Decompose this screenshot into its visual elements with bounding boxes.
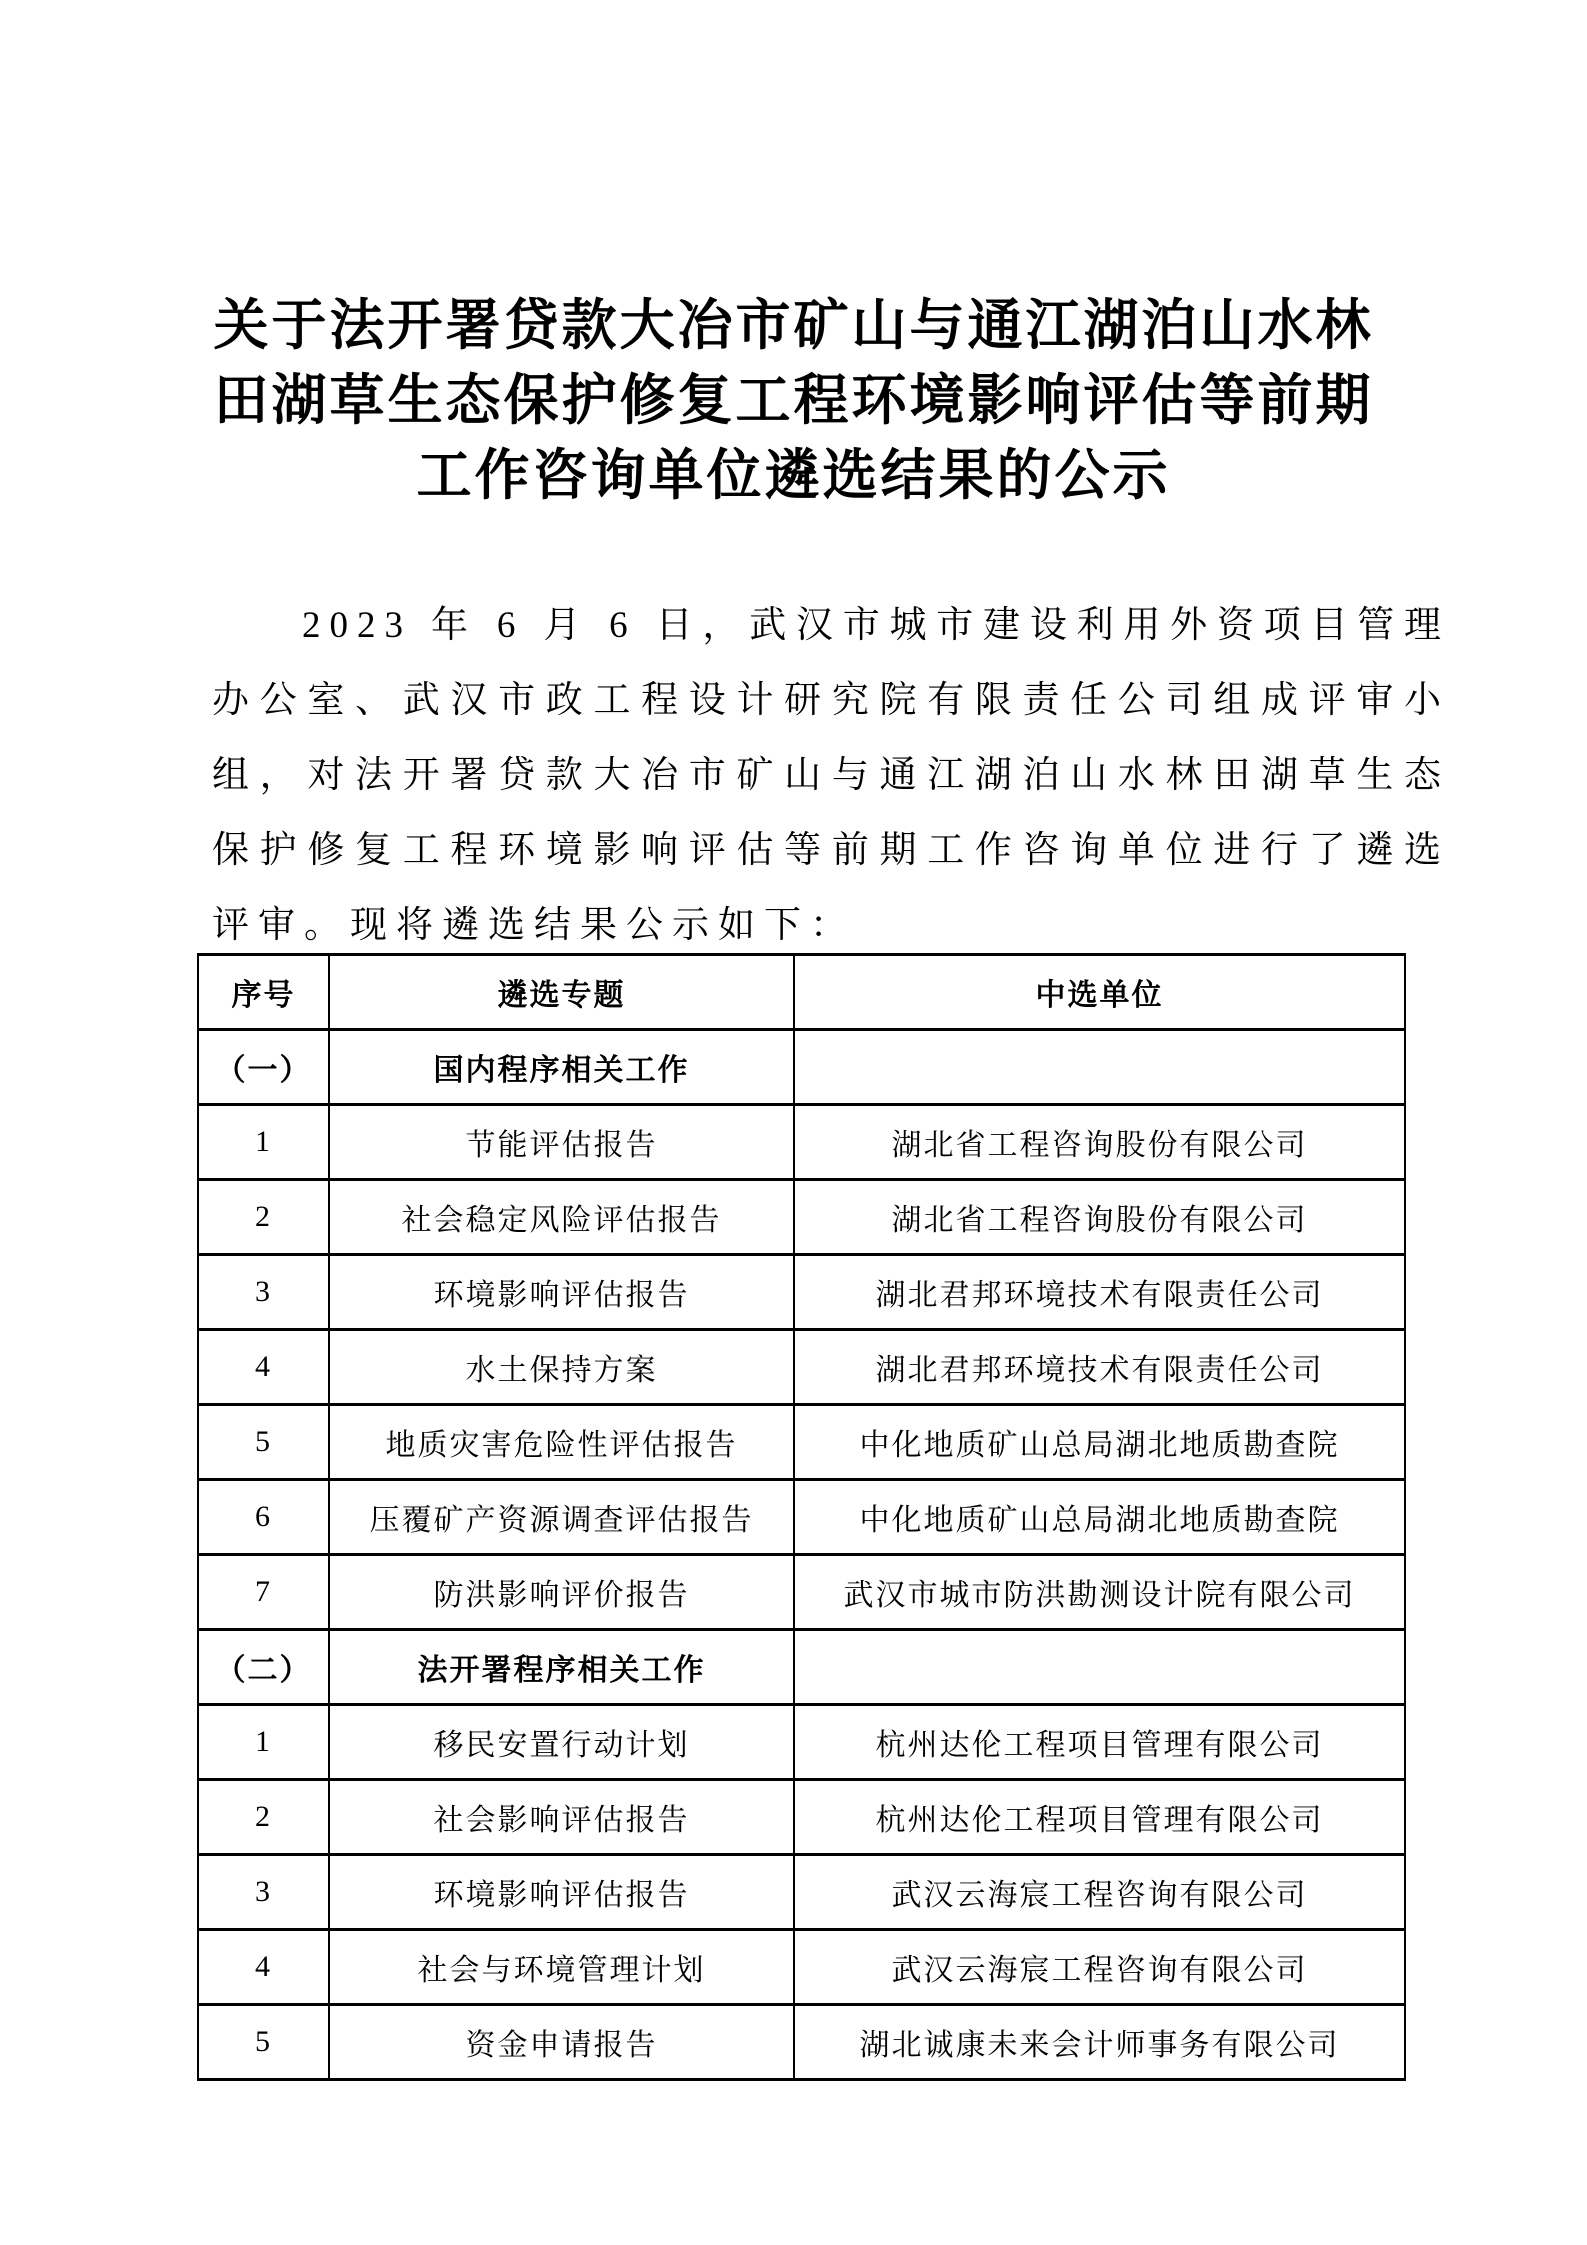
table-row: 6压覆矿产资源调查评估报告中化地质矿山总局湖北地质勘查院 (198, 1480, 1405, 1555)
no-cell: 2 (198, 1780, 329, 1855)
table-row: 3环境影响评估报告武汉云海宸工程咨询有限公司 (198, 1855, 1405, 1930)
no-cell: 4 (198, 1930, 329, 2005)
topic-cell: 社会与环境管理计划 (329, 1930, 794, 2005)
table-row: 4水土保持方案湖北君邦环境技术有限责任公司 (198, 1330, 1405, 1405)
section-row: （一）国内程序相关工作 (198, 1030, 1405, 1105)
unit-cell: 中化地质矿山总局湖北地质勘查院 (794, 1480, 1405, 1555)
unit-cell (794, 1030, 1405, 1105)
no-cell: （二） (198, 1630, 329, 1705)
no-cell: 1 (198, 1105, 329, 1180)
no-cell: （一） (198, 1030, 329, 1105)
no-cell: 6 (198, 1480, 329, 1555)
table-row: 4社会与环境管理计划武汉云海宸工程咨询有限公司 (198, 1930, 1405, 2005)
no-cell: 7 (198, 1555, 329, 1630)
table-header-row: 序号 遴选专题 中选单位 (198, 955, 1405, 1030)
document-page: 关于法开署贷款大冶市矿山与通江湖泊山水林 田湖草生态保护修复工程环境影响评估等前… (0, 0, 1587, 2245)
document-title: 关于法开署贷款大冶市矿山与通江湖泊山水林 田湖草生态保护修复工程环境影响评估等前… (0, 288, 1587, 513)
unit-cell: 武汉市城市防洪勘测设计院有限公司 (794, 1555, 1405, 1630)
unit-cell: 杭州达伦工程项目管理有限公司 (794, 1780, 1405, 1855)
topic-cell: 环境影响评估报告 (329, 1855, 794, 1930)
topic-cell: 地质灾害危险性评估报告 (329, 1405, 794, 1480)
topic-cell: 资金申请报告 (329, 2005, 794, 2080)
no-cell: 2 (198, 1180, 329, 1255)
topic-cell: 环境影响评估报告 (329, 1255, 794, 1330)
title-line-3: 工作咨询单位遴选结果的公示 (0, 438, 1587, 513)
unit-cell: 武汉云海宸工程咨询有限公司 (794, 1930, 1405, 2005)
table-row: 5地质灾害危险性评估报告中化地质矿山总局湖北地质勘查院 (198, 1405, 1405, 1480)
topic-cell: 压覆矿产资源调查评估报告 (329, 1480, 794, 1555)
topic-cell: 节能评估报告 (329, 1105, 794, 1180)
table-row: 1节能评估报告湖北省工程咨询股份有限公司 (198, 1105, 1405, 1180)
topic-cell: 社会影响评估报告 (329, 1780, 794, 1855)
unit-cell: 中化地质矿山总局湖北地质勘查院 (794, 1405, 1405, 1480)
no-cell: 3 (198, 1855, 329, 1930)
unit-cell: 湖北君邦环境技术有限责任公司 (794, 1255, 1405, 1330)
title-line-2: 田湖草生态保护修复工程环境影响评估等前期 (0, 363, 1587, 438)
selection-results-table: 序号 遴选专题 中选单位 （一）国内程序相关工作1节能评估报告湖北省工程咨询股份… (197, 953, 1406, 2081)
title-line-1: 关于法开署贷款大冶市矿山与通江湖泊山水林 (0, 288, 1587, 363)
header-cell-no: 序号 (198, 955, 329, 1030)
unit-cell: 湖北诚康未来会计师事务有限公司 (794, 2005, 1405, 2080)
unit-cell (794, 1630, 1405, 1705)
unit-cell: 湖北省工程咨询股份有限公司 (794, 1180, 1405, 1255)
unit-cell: 湖北省工程咨询股份有限公司 (794, 1105, 1405, 1180)
table-row: 1移民安置行动计划杭州达伦工程项目管理有限公司 (198, 1705, 1405, 1780)
no-cell: 1 (198, 1705, 329, 1780)
table-row: 2社会影响评估报告杭州达伦工程项目管理有限公司 (198, 1780, 1405, 1855)
table-row: 7防洪影响评价报告武汉市城市防洪勘测设计院有限公司 (198, 1555, 1405, 1630)
no-cell: 5 (198, 1405, 329, 1480)
topic-cell: 法开署程序相关工作 (329, 1630, 794, 1705)
topic-cell: 移民安置行动计划 (329, 1705, 794, 1780)
unit-cell: 杭州达伦工程项目管理有限公司 (794, 1705, 1405, 1780)
table-row: 5资金申请报告湖北诚康未来会计师事务有限公司 (198, 2005, 1405, 2080)
unit-cell: 武汉云海宸工程咨询有限公司 (794, 1855, 1405, 1930)
no-cell: 4 (198, 1330, 329, 1405)
topic-cell: 防洪影响评价报告 (329, 1555, 794, 1630)
header-cell-topic: 遴选专题 (329, 955, 794, 1030)
no-cell: 3 (198, 1255, 329, 1330)
section-row: （二）法开署程序相关工作 (198, 1630, 1405, 1705)
intro-paragraph: 2023 年 6 月 6 日，武汉市城市建设利用外资项目管理办公室、武汉市政工程… (212, 588, 1450, 963)
topic-cell: 水土保持方案 (329, 1330, 794, 1405)
table-row: 3环境影响评估报告湖北君邦环境技术有限责任公司 (198, 1255, 1405, 1330)
topic-cell: 社会稳定风险评估报告 (329, 1180, 794, 1255)
table-row: 2社会稳定风险评估报告湖北省工程咨询股份有限公司 (198, 1180, 1405, 1255)
header-cell-unit: 中选单位 (794, 955, 1405, 1030)
no-cell: 5 (198, 2005, 329, 2080)
topic-cell: 国内程序相关工作 (329, 1030, 794, 1105)
unit-cell: 湖北君邦环境技术有限责任公司 (794, 1330, 1405, 1405)
